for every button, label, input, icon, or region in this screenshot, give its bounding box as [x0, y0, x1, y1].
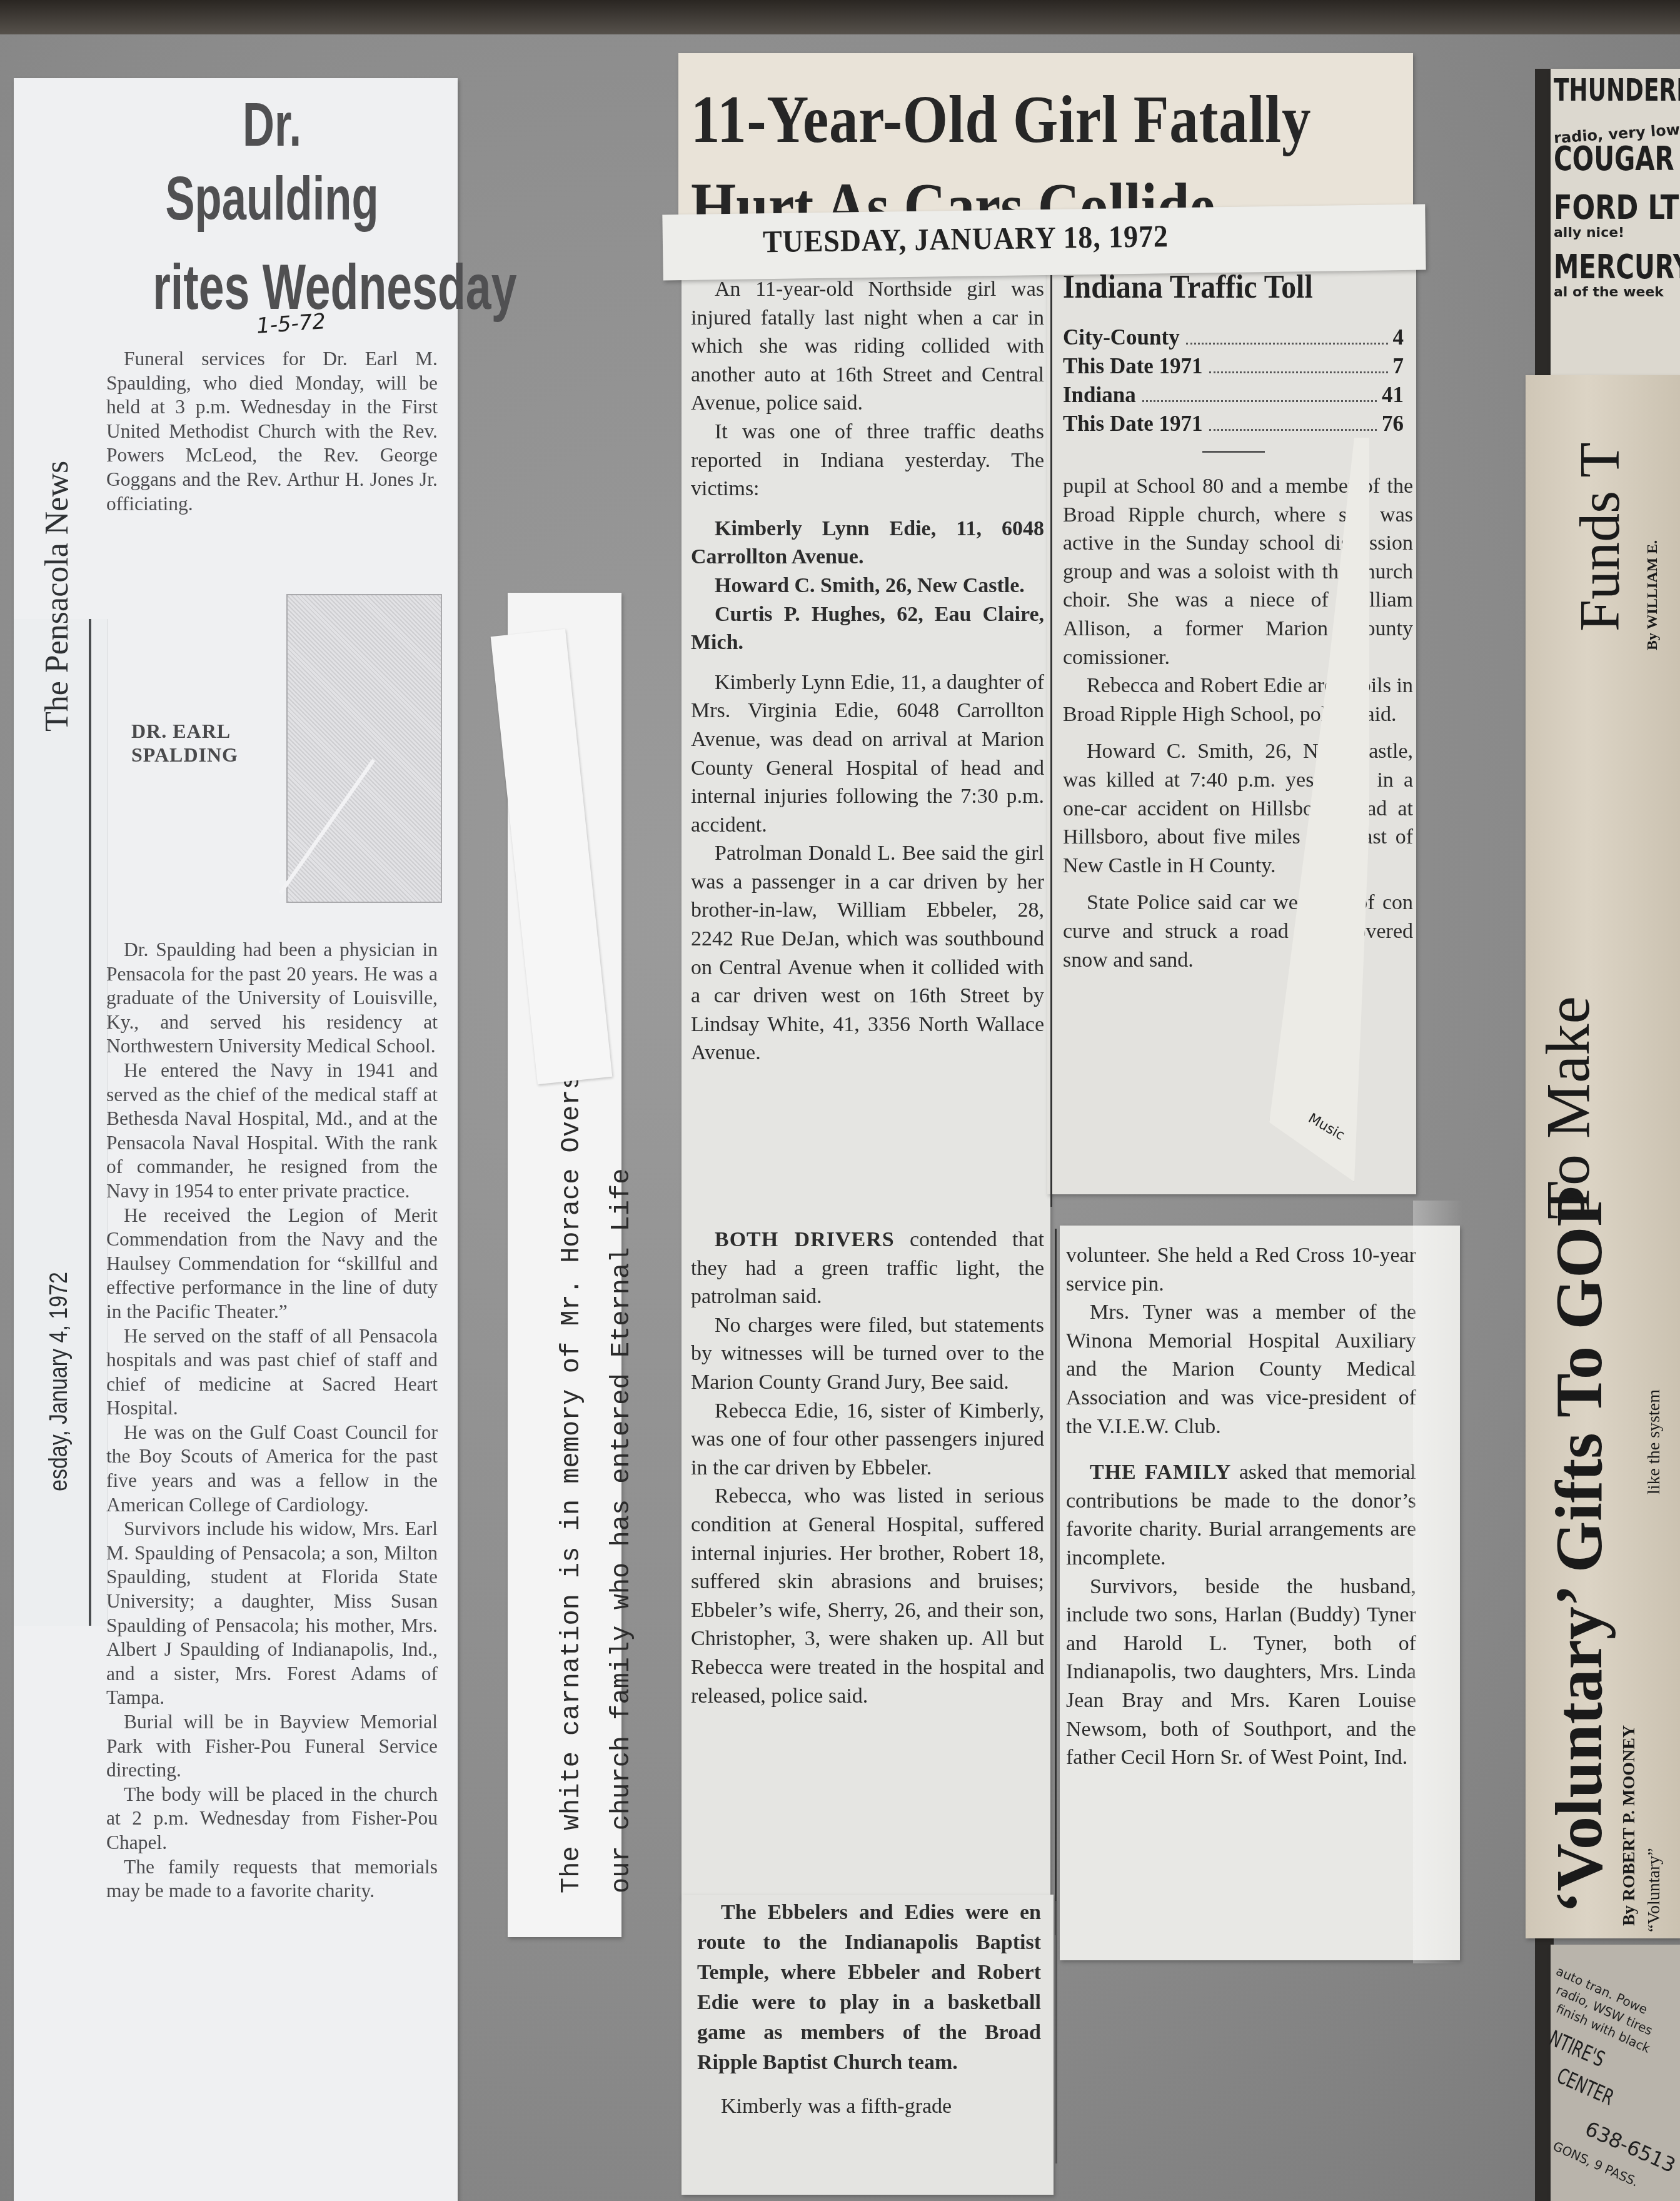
photo-caption-line1: DR. EARL	[131, 719, 238, 743]
fold-label: Music	[1305, 1111, 1347, 1144]
dateline: TUESDAY, JANUARY 18, 1972	[763, 218, 1169, 259]
article-paragraph: It was one of three traffic deaths repor…	[691, 418, 1044, 503]
obituary-headline-line1: Dr. Spaulding	[153, 88, 391, 235]
article-paragraph: Survivors, beside the husband, include t…	[1066, 1573, 1416, 1772]
article-column-1-lower: BOTH DRIVERS contended that they had a g…	[691, 1226, 1044, 1710]
photo-caption: DR. EARL SPALDING	[131, 719, 238, 767]
obituary-paragraph: He served on the staff of all Pensacola …	[106, 1324, 438, 1421]
ad-line: ally nice!	[1554, 225, 1624, 241]
article-paragraph: Patrolman Donald L. Bee said the girl wa…	[691, 839, 1044, 1067]
obituary-paragraph: He entered the Navy in 1941 and served a…	[106, 1059, 438, 1204]
photo-lapel	[279, 759, 375, 894]
masthead-newspaper-name: The Pensacola News	[39, 461, 76, 732]
toll-row: This Date 197176	[1063, 410, 1404, 438]
obituary-paragraph: The family requests that memorials may b…	[106, 1855, 438, 1903]
page-shadow	[1413, 1201, 1463, 1963]
traffic-toll-title: Indiana Traffic Toll	[1063, 266, 1376, 310]
article-paragraph: Mrs. Tyner was a member of the Winona Me…	[1066, 1298, 1416, 1441]
article-paragraph: volunteer. She held a Red Cross 10-year …	[1066, 1241, 1416, 1298]
obituary-paragraph: He received the Legion of Merit Commenda…	[106, 1204, 438, 1324]
masthead-date: esday, January 4, 1972	[45, 1272, 73, 1491]
article-paragraph: Rebecca, who was listed in serious condi…	[691, 1482, 1044, 1710]
carnation-note-line2: our church family who has entered Eterna…	[596, 995, 646, 1893]
carnation-note-text: The white carnation is in memory of Mr. …	[546, 995, 646, 1893]
article-paragraph: The Ebbelers and Edies were en route to …	[697, 1898, 1041, 2078]
toll-value: 7	[1393, 352, 1404, 381]
article-paragraph: Rebecca Edie, 16, sister of Kimberly, wa…	[691, 1397, 1044, 1483]
column-rule	[1050, 275, 1052, 1207]
ad-line: COUGAR	[1554, 139, 1674, 178]
obituary-paragraph: Dr. Spaulding had been a physician in Pe…	[106, 938, 438, 1059]
obituary-paragraph: The body will be placed in the church at…	[106, 1783, 438, 1855]
article-paragraph: An 11-year-old Northside girl was injure…	[691, 275, 1044, 418]
ad-line: MERCURY	[1554, 247, 1680, 286]
article-paragraph-lead: BOTH DRIVERS contended that they had a g…	[691, 1226, 1044, 1311]
victim-entry: Kimberly Lynn Edie, 11, 6048 Carrollton …	[691, 515, 1044, 572]
ad-line: THUNDERBI	[1554, 72, 1680, 108]
article-headline-line1: 11-Year-Old Girl Fatally	[691, 81, 1311, 159]
gop-headline-main: ‘Voluntary’ Gifts To GOP	[1541, 1186, 1617, 1913]
toll-value: 4	[1393, 323, 1404, 352]
album-binding	[0, 0, 1680, 38]
toll-label: This Date 1971	[1063, 352, 1203, 381]
column-rule	[1055, 1229, 1057, 1935]
toll-leader	[1209, 410, 1377, 431]
obituary-intro-text: Funeral services for Dr. Earl M. Spauldi…	[106, 347, 438, 516]
subhead-the-family: THE FAMILY	[1090, 1461, 1231, 1484]
article-paragraph: Kimberly was a fifth-grade	[697, 2092, 1041, 2122]
toll-leader	[1209, 352, 1388, 373]
article-paragraph-lead: THE FAMILY asked that memorial contribut…	[1066, 1458, 1416, 1572]
gop-byline-top: By WILLIAM E.	[1644, 540, 1661, 650]
obituary-paragraph: Survivors include his widow, Mrs. Earl M…	[106, 1517, 438, 1710]
photo-caption-line2: SPALDING	[131, 743, 238, 767]
toll-divider	[1202, 451, 1265, 453]
article-column-1: An 11-year-old Northside girl was injure…	[691, 275, 1044, 1067]
article-paragraph: Kimberly Lynn Edie, 11, a daughter of Mr…	[691, 668, 1044, 840]
obituary-headline: Dr. Spaulding rites Wednesday	[153, 88, 391, 324]
masthead-rule	[89, 619, 91, 1626]
toll-leader	[1186, 323, 1388, 345]
ad-line: al of the week	[1554, 285, 1664, 300]
toll-row: City-County4	[1063, 323, 1404, 352]
victim-entry: Howard C. Smith, 26, New Castle.	[691, 572, 1044, 600]
gop-snippet-2: “Voluntary”	[1644, 1848, 1664, 1932]
toll-value: 41	[1382, 381, 1404, 410]
toll-leader	[1142, 381, 1377, 402]
obituary-body: Dr. Spaulding had been a physician in Pe…	[106, 938, 438, 1903]
obituary-intro: Funeral services for Dr. Earl M. Spauldi…	[106, 347, 438, 516]
portrait-photo	[286, 594, 442, 903]
gop-snippet: like the system	[1644, 1389, 1664, 1494]
article-paragraph: No charges were filed, but statements by…	[691, 1311, 1044, 1397]
toll-row: This Date 19717	[1063, 352, 1404, 381]
carnation-note-line1: The white carnation is in memory of Mr. …	[546, 995, 596, 1893]
obituary-paragraph: He was on the Gulf Coast Council for the…	[106, 1421, 438, 1517]
victim-entry: Curtis P. Hughes, 62, Eau Claire, Mich.	[691, 600, 1044, 657]
subhead-both-drivers: BOTH DRIVERS	[715, 1228, 895, 1251]
toll-row: Indiana41	[1063, 381, 1404, 410]
ad-line: FORD LTD	[1554, 188, 1680, 227]
gop-headline-top: Funds T	[1566, 442, 1632, 632]
toll-value: 76	[1382, 410, 1404, 438]
obituary-paragraph: Burial will be in Bayview Memorial Park …	[106, 1710, 438, 1783]
toll-label: This Date 1971	[1063, 410, 1203, 438]
handwritten-date: 1-5-72	[256, 309, 327, 339]
toll-label: Indiana	[1063, 381, 1136, 410]
column-rule	[1055, 1901, 1057, 2163]
traffic-toll-box: Indiana Traffic Toll City-County4 This D…	[1063, 266, 1404, 453]
gop-byline: By ROBERT P. MOONEY	[1619, 1725, 1639, 1926]
article-column-3: volunteer. She held a Red Cross 10-year …	[1066, 1241, 1416, 1772]
toll-label: City-County	[1063, 323, 1180, 352]
article-column-1-bottom: The Ebbelers and Edies were en route to …	[697, 1898, 1041, 2122]
